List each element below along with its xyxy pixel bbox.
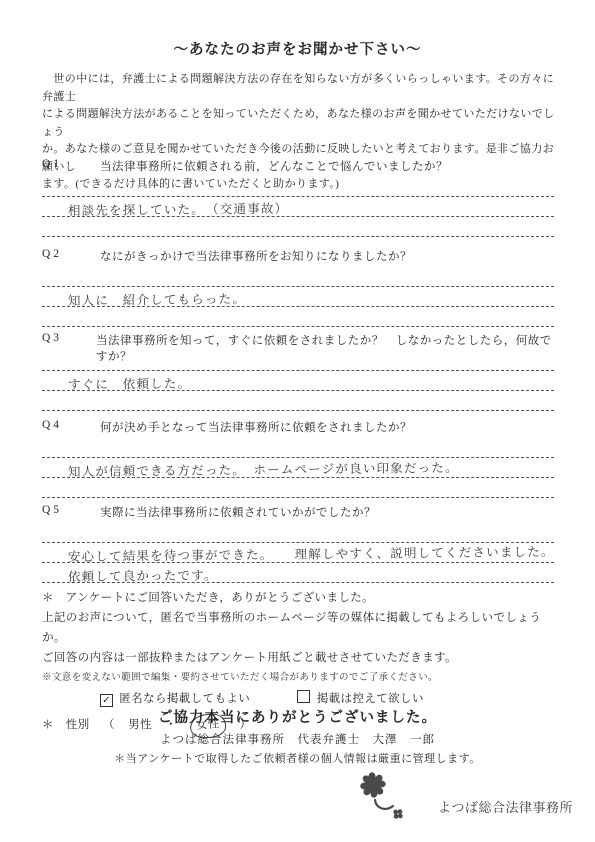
answer-area: 知人が信頼できる方だった。 ホームページが良い印象だった。 — [42, 438, 554, 498]
footer-thanks: ご協力本当にありがとうございました。 — [0, 706, 595, 727]
answer-line — [42, 523, 554, 543]
answer-line: すぐに 依頼した。 — [42, 371, 554, 391]
answer-area: 安心して結果を待つ事ができた。 理解しやすく、説明してくださいました。 依頼して… — [42, 523, 554, 583]
answer-line — [42, 351, 554, 371]
question-block-5: Q5 実際に当法律事務所に依頼されていかがでしたか？ 安心して結果を待つ事ができ… — [42, 504, 554, 583]
question-text: 何が決め手となって当法律事務所に依頼をされましたか？ — [100, 419, 412, 435]
question-number: Q3 — [42, 332, 96, 348]
question-row: Q3 当法律事務所を知って，すぐに依頼をされましたか？ しなかったとしたら，何故… — [42, 332, 554, 348]
page-title: 〜あなたのお声をお聞かせ下さい〜 — [0, 38, 595, 59]
question-row: Q4 何が決め手となって当法律事務所に依頼をされましたか？ — [42, 419, 554, 435]
answer-line — [42, 217, 554, 237]
answer-line: 安心して結果を待つ事ができた。 理解しやすく、説明してくださいました。 — [42, 543, 554, 563]
edit-note: ※文意を変えない範囲で編集・要約させていただく場合がありますのでご了承ください。 — [42, 670, 558, 686]
handwritten-answer: 知人が信頼できる方だった。 ホームページが良い印象だった。 — [68, 458, 459, 480]
footer-logo-text: よつば総合法律事務所 — [438, 797, 573, 816]
question-text: 実際に当法律事務所に依頼されていかがでしたか？ — [100, 504, 376, 520]
footer-logo: よつば総合法律事務所 — [356, 770, 573, 828]
survey-thanks-note: ＊ アンケートにご回答いただき，ありがとうございました。 — [42, 588, 558, 608]
answer-line — [42, 438, 554, 458]
question-number: Q1 — [42, 158, 100, 174]
answer-area: 相談先を探していた。 （交通事故） — [42, 177, 554, 237]
question-block-4: Q4 何が決め手となって当法律事務所に依頼をされましたか？ 知人が信頼できる方だ… — [42, 419, 554, 498]
answer-line: 相談先を探していた。 （交通事故） — [42, 197, 554, 217]
four-leaf-clover-icon — [356, 770, 412, 828]
publish-permission-line-2: ご回答の内容は一部抜粋またはアンケート用紙ごと載せさせていただきます。 — [42, 648, 558, 668]
question-number: Q4 — [42, 419, 100, 435]
answer-line: 知人に 紹介してもらった。 — [42, 287, 554, 307]
question-row: Q1 当法律事務所に依頼される前，どんなことで悩んでいましたか？ — [42, 158, 554, 174]
answer-line — [42, 391, 554, 411]
checkbox-unchecked-icon — [297, 690, 310, 703]
question-row: Q2 なにがきっかけで当法律事務所をお知りになりましたか？ — [42, 248, 554, 264]
answer-area: すぐに 依頼した。 — [42, 351, 554, 411]
publish-option-label: 匿名なら掲載してもよい — [119, 693, 250, 705]
answer-line: 依頼して良かったです。 — [42, 563, 554, 583]
publish-option-label: 掲載は控えて欲しい — [317, 693, 424, 705]
questionnaire-page: 〜あなたのお声をお聞かせ下さい〜 世の中には，弁護士による問題解決方法の存在を知… — [0, 0, 595, 842]
question-block-1: Q1 当法律事務所に依頼される前，どんなことで悩んでいましたか？ 相談先を探して… — [42, 158, 554, 237]
answer-area: 知人に 紹介してもらった。 — [42, 267, 554, 327]
answer-line — [42, 307, 554, 327]
question-text: なにがきっかけで当法律事務所をお知りになりましたか？ — [100, 248, 412, 264]
answer-line — [42, 177, 554, 197]
publish-permission-line-1: 上記のお声について，匿名で当事務所のホームページ等の媒体に掲載してもよろしいでし… — [42, 608, 558, 648]
question-block-3: Q3 当法律事務所を知って，すぐに依頼をされましたか？ しなかったとしたら，何故… — [42, 332, 554, 411]
answer-line: 知人が信頼できる方だった。 ホームページが良い印象だった。 — [42, 458, 554, 478]
question-number: Q5 — [42, 504, 100, 520]
footer-privacy-note: ＊当アンケートで取得したご依頼者様の個人情報は厳重に管理します。 — [0, 750, 595, 766]
footer-firm-line: よつば総合法律事務所 代表弁護士 大澤 一郎 — [0, 731, 595, 747]
handwritten-answer: 相談先を探していた。 （交通事故） — [68, 199, 289, 219]
question-row: Q5 実際に当法律事務所に依頼されていかがでしたか？ — [42, 504, 554, 520]
question-number: Q2 — [42, 248, 100, 264]
handwritten-answer: 安心して結果を待つ事ができた。 理解しやすく、説明してくださいました。 — [68, 542, 555, 565]
question-block-2: Q2 なにがきっかけで当法律事務所をお知りになりましたか？ 知人に 紹介してもら… — [42, 248, 554, 327]
answer-line — [42, 478, 554, 498]
question-text: 当法律事務所に依頼される前，どんなことで悩んでいましたか？ — [100, 158, 448, 174]
question-text: 当法律事務所を知って，すぐに依頼をされましたか？ しなかったとしたら，何故ですか… — [96, 332, 554, 348]
handwritten-answer: 依頼して良かったです。 — [68, 565, 218, 585]
answer-line — [42, 267, 554, 287]
